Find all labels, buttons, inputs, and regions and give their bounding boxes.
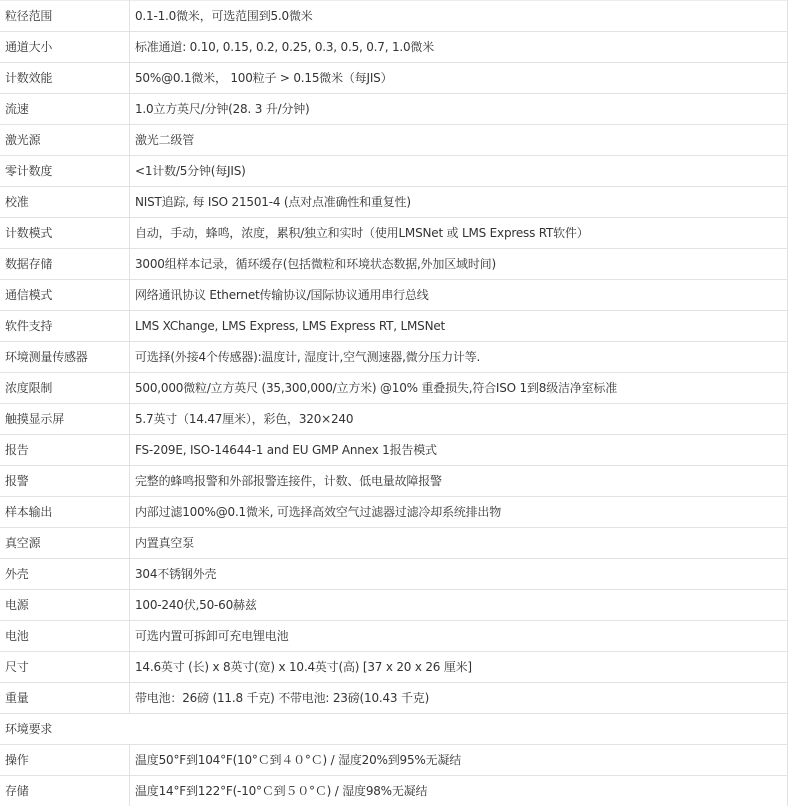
spec-value: 自动，手动，蜂鸣，浓度，累积/独立和实时（使用LMSNet 或 LMS Expr… bbox=[130, 218, 788, 249]
table-row: 真空源 内置真空泵 bbox=[0, 528, 788, 559]
spec-value: LMS XChange, LMS Express, LMS Express RT… bbox=[130, 311, 788, 342]
table-row: 外壳 304不锈钢外壳 bbox=[0, 559, 788, 590]
spec-label: 计数效能 bbox=[0, 63, 130, 94]
spec-label: 数据存储 bbox=[0, 249, 130, 280]
section-header: 环境要求 bbox=[0, 714, 788, 745]
spec-value: 带电池：26磅 (11.8 千克) 不带电池: 23磅(10.43 千克) bbox=[130, 683, 788, 714]
spec-value: 温度50°F到104°F(10°Ｃ到４０°Ｃ) / 湿度20%到95%无凝结 bbox=[130, 745, 788, 776]
table-row: 存储 温度14°F到122°F(-10°Ｃ到５０°Ｃ) / 湿度98%无凝结 bbox=[0, 776, 788, 806]
section-header-row: 环境要求 bbox=[0, 714, 788, 745]
spec-value: 100-240伏,50-60赫兹 bbox=[130, 590, 788, 621]
spec-value: 14.6英寸 (长) x 8英寸(宽) x 10.4英寸(高) [37 x 20… bbox=[130, 652, 788, 683]
table-row: 通道大小 标准通道: 0.10, 0.15, 0.2, 0.25, 0.3, 0… bbox=[0, 32, 788, 63]
spec-label: 流速 bbox=[0, 94, 130, 125]
table-row: 流速 1.0立方英尺/分钟(28. 3 升/分钟) bbox=[0, 94, 788, 125]
spec-value: 温度14°F到122°F(-10°Ｃ到５０°Ｃ) / 湿度98%无凝结 bbox=[130, 776, 788, 806]
table-row: 样本输出 内部过滤100%@0.1微米, 可选择高效空气过滤器过滤冷却系统排出物 bbox=[0, 497, 788, 528]
spec-value: 可选择(外接4个传感器):温度计, 湿度计,空气测速器,微分压力计等. bbox=[130, 342, 788, 373]
spec-value: 完整的蜂鸣报警和外部报警连接件，计数、低电量故障报警 bbox=[130, 466, 788, 497]
spec-label: 尺寸 bbox=[0, 652, 130, 683]
spec-value: 304不锈钢外壳 bbox=[130, 559, 788, 590]
spec-value: FS-209E, ISO-14644-1 and EU GMP Annex 1报… bbox=[130, 435, 788, 466]
table-row: 通信模式 网络通讯协议 Ethernet传输协议/国际协议通用串行总线 bbox=[0, 280, 788, 311]
table-row: 触摸显示屏 5.7英寸（14.47厘米），彩色，320×240 bbox=[0, 404, 788, 435]
spec-label: 操作 bbox=[0, 745, 130, 776]
table-row: 尺寸 14.6英寸 (长) x 8英寸(宽) x 10.4英寸(高) [37 x… bbox=[0, 652, 788, 683]
spec-value: 内置真空泵 bbox=[130, 528, 788, 559]
spec-label: 激光源 bbox=[0, 125, 130, 156]
spec-label: 报警 bbox=[0, 466, 130, 497]
table-row: 粒径范围 0.1-1.0微米，可选范围到5.0微米 bbox=[0, 1, 788, 32]
spec-value: 标准通道: 0.10, 0.15, 0.2, 0.25, 0.3, 0.5, 0… bbox=[130, 32, 788, 63]
table-row: 电池 可选内置可拆卸可充电锂电池 bbox=[0, 621, 788, 652]
spec-label: 电池 bbox=[0, 621, 130, 652]
spec-label: 通道大小 bbox=[0, 32, 130, 63]
spec-label: 重量 bbox=[0, 683, 130, 714]
table-row: 浓度限制 500,000微粒/立方英尺 (35,300,000/立方米) @10… bbox=[0, 373, 788, 404]
spec-label: 软件支持 bbox=[0, 311, 130, 342]
table-row: 软件支持 LMS XChange, LMS Express, LMS Expre… bbox=[0, 311, 788, 342]
table-row: 操作 温度50°F到104°F(10°Ｃ到４０°Ｃ) / 湿度20%到95%无凝… bbox=[0, 745, 788, 776]
spec-value: 网络通讯协议 Ethernet传输协议/国际协议通用串行总线 bbox=[130, 280, 788, 311]
spec-value: 500,000微粒/立方英尺 (35,300,000/立方米) @10% 重叠损… bbox=[130, 373, 788, 404]
spec-label: 粒径范围 bbox=[0, 1, 130, 32]
table-row: 零计数度 <1计数/5分钟(每JIS) bbox=[0, 156, 788, 187]
table-row: 校准 NIST追踪, 每 ISO 21501-4 (点对点准确性和重复性) bbox=[0, 187, 788, 218]
spec-value: 激光二级管 bbox=[130, 125, 788, 156]
table-row: 重量 带电池：26磅 (11.8 千克) 不带电池: 23磅(10.43 千克) bbox=[0, 683, 788, 714]
spec-value: 50%@0.1微米， 100粒子 > 0.15微米（每JIS） bbox=[130, 63, 788, 94]
spec-label: 存储 bbox=[0, 776, 130, 806]
table-row: 环境测量传感器 可选择(外接4个传感器):温度计, 湿度计,空气测速器,微分压力… bbox=[0, 342, 788, 373]
spec-value: 内部过滤100%@0.1微米, 可选择高效空气过滤器过滤冷却系统排出物 bbox=[130, 497, 788, 528]
spec-value: <1计数/5分钟(每JIS) bbox=[130, 156, 788, 187]
spec-label: 样本输出 bbox=[0, 497, 130, 528]
spec-value: 可选内置可拆卸可充电锂电池 bbox=[130, 621, 788, 652]
spec-label: 触摸显示屏 bbox=[0, 404, 130, 435]
table-row: 激光源 激光二级管 bbox=[0, 125, 788, 156]
spec-value: 5.7英寸（14.47厘米），彩色，320×240 bbox=[130, 404, 788, 435]
spec-table: 粒径范围 0.1-1.0微米，可选范围到5.0微米 通道大小 标准通道: 0.1… bbox=[0, 0, 788, 806]
table-row: 报警 完整的蜂鸣报警和外部报警连接件，计数、低电量故障报警 bbox=[0, 466, 788, 497]
spec-label: 浓度限制 bbox=[0, 373, 130, 404]
spec-value: 0.1-1.0微米，可选范围到5.0微米 bbox=[130, 1, 788, 32]
table-row: 报告 FS-209E, ISO-14644-1 and EU GMP Annex… bbox=[0, 435, 788, 466]
table-row: 数据存储 3000组样本记录，循环缓存(包括微粒和环境状态数据,外加区域时间) bbox=[0, 249, 788, 280]
spec-label: 电源 bbox=[0, 590, 130, 621]
spec-label: 真空源 bbox=[0, 528, 130, 559]
spec-label: 环境测量传感器 bbox=[0, 342, 130, 373]
spec-value: 1.0立方英尺/分钟(28. 3 升/分钟) bbox=[130, 94, 788, 125]
spec-label: 通信模式 bbox=[0, 280, 130, 311]
spec-label: 报告 bbox=[0, 435, 130, 466]
spec-value: 3000组样本记录，循环缓存(包括微粒和环境状态数据,外加区域时间) bbox=[130, 249, 788, 280]
table-row: 计数模式 自动，手动，蜂鸣，浓度，累积/独立和实时（使用LMSNet 或 LMS… bbox=[0, 218, 788, 249]
spec-label: 外壳 bbox=[0, 559, 130, 590]
spec-label: 零计数度 bbox=[0, 156, 130, 187]
table-row: 计数效能 50%@0.1微米， 100粒子 > 0.15微米（每JIS） bbox=[0, 63, 788, 94]
spec-value: NIST追踪, 每 ISO 21501-4 (点对点准确性和重复性) bbox=[130, 187, 788, 218]
spec-label: 计数模式 bbox=[0, 218, 130, 249]
table-row: 电源 100-240伏,50-60赫兹 bbox=[0, 590, 788, 621]
spec-label: 校准 bbox=[0, 187, 130, 218]
